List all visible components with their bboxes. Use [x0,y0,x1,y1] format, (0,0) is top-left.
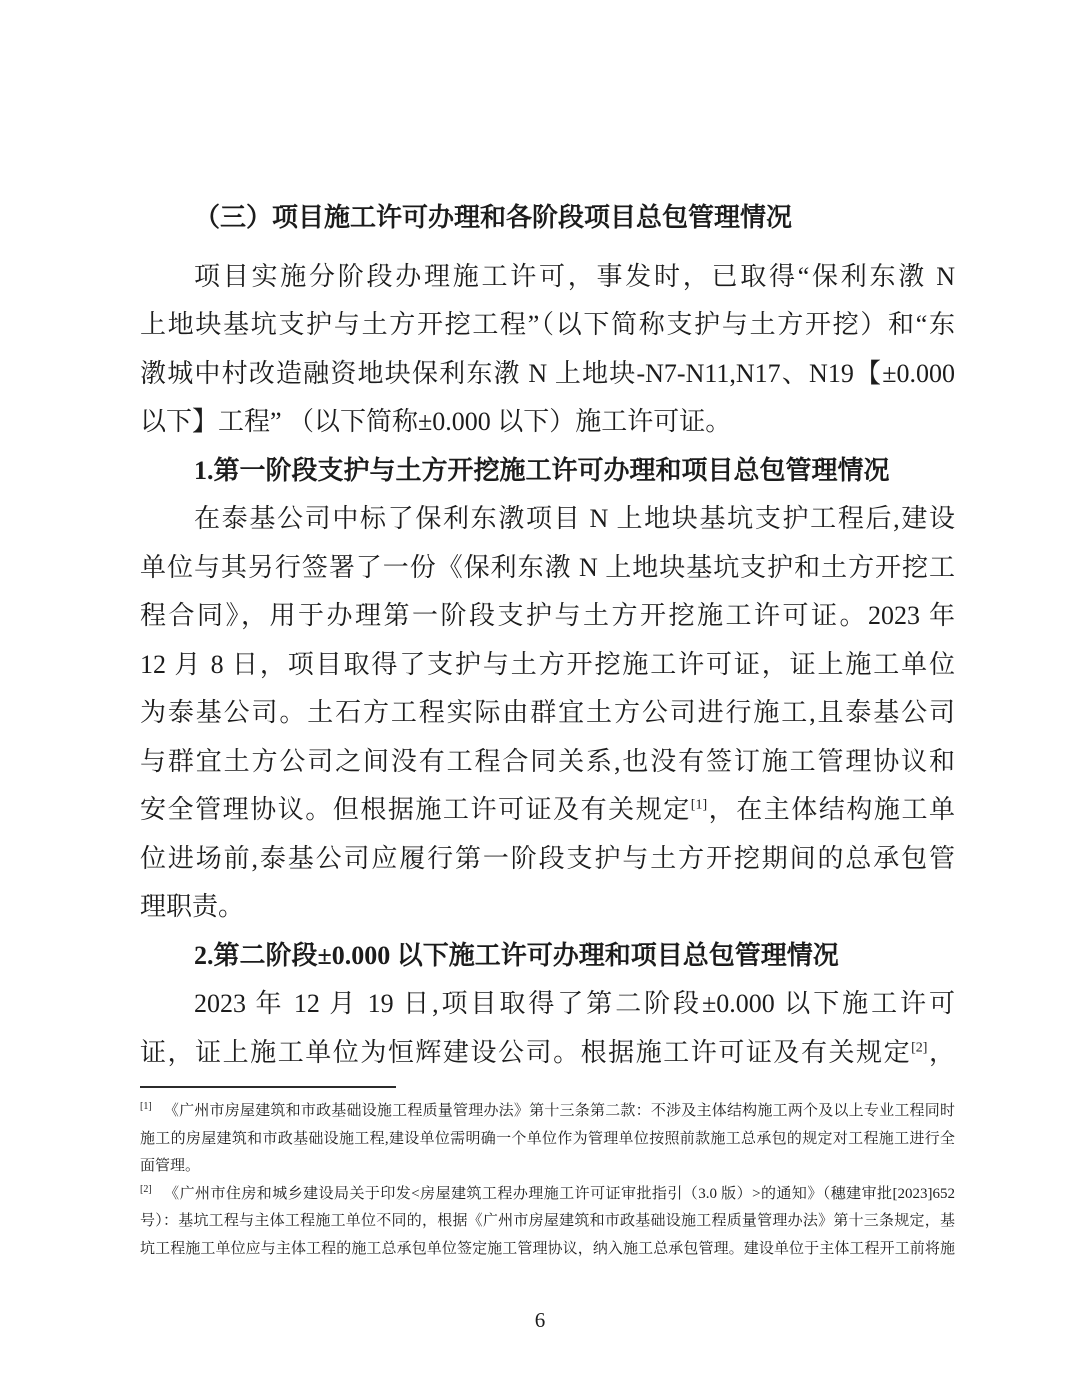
footnote-line: [1]《广州市房屋建筑和市政基础设施工程质量管理办法》第十三条第二款：不涉及主体… [140,1098,955,1126]
text-run: 《广州市房屋建筑和市政基础设施工程质量管理办法》第十三条第二款：不涉及主体结构施… [164,1103,955,1119]
paragraph-line: 与群宜土方公司之间没有工程合同关系,也没有签订施工管理协议和 [140,738,955,787]
paragraph-line: 上地块基坑支护与土方开挖工程”（以下简称支护与土方开挖）和“东 [140,301,955,350]
footnote-marker-2: [2] [140,1184,152,1195]
footnote-ref-2: [2] [911,1040,927,1055]
text-run: 《广州市住房和城乡建设局关于印发<房屋建筑工程办理施工许可证审批指引（3.0 版… [164,1186,955,1202]
paragraph-line: 项目实施分阶段办理施工许可，事发时，已取得“保利东漖 N [140,253,955,302]
footnote-line: 面管理。 [140,1153,955,1181]
paragraph-line: 在泰基公司中标了保利东漖项目 N 上地块基坑支护工程后,建设 [140,495,955,544]
document-content: （三）项目施工许可办理和各阶段项目总包管理情况 项目实施分阶段办理施工许可，事发… [140,194,955,1263]
paragraph-line: 安全管理协议。但根据施工许可证及有关规定[1]，在主体结构施工单 [140,786,955,835]
subsection-heading-1: 1.第一阶段支护与土方开挖施工许可办理和项目总包管理情况 [140,447,955,496]
paragraph-line: 以下】工程” （以下简称±0.000 以下）施工许可证。 [140,398,955,447]
text-run: ， [927,1038,955,1067]
footnote-marker-1: [1] [140,1101,152,1112]
footnote-line: 坑工程施工单位应与主体工程的施工总承包单位签定施工管理协议，纳入施工总承包管理。… [140,1236,955,1264]
paragraph-line: 程合同》，用于办理第一阶段支护与土方开挖施工许可证。2023 年 [140,592,955,641]
paragraph-line: 单位与其另行签署了一份《保利东漖 N 上地块基坑支护和土方开挖工 [140,544,955,593]
footnote-line: [2]《广州市住房和城乡建设局关于印发<房屋建筑工程办理施工许可证审批指引（3.… [140,1181,955,1209]
text-run: 安全管理协议。但根据施工许可证及有关规定 [140,795,691,824]
paragraph-line: 为泰基公司。土石方工程实际由群宜土方公司进行施工,且泰基公司 [140,689,955,738]
document-page: （三）项目施工许可办理和各阶段项目总包管理情况 项目实施分阶段办理施工许可，事发… [0,0,1080,1398]
paragraph-line: 证，证上施工单位为恒辉建设公司。根据施工许可证及有关规定[2]， [140,1029,955,1078]
footnote-line: 号）：基坑工程与主体工程施工单位不同的，根据《广州市房屋建筑和市政基础设施工程质… [140,1208,955,1236]
footnote-line: 施工的房屋建筑和市政基础设施工程,建设单位需明确一个单位作为管理单位按照前款施工… [140,1126,955,1154]
paragraph-line: 漖城中村改造融资地块保利东漖 N 上地块-N7-N11,N17、N19【±0.0… [140,350,955,399]
paragraph-line: 位进场前,泰基公司应履行第一阶段支护与土方开挖期间的总承包管 [140,835,955,884]
paragraph-line: 12 月 8 日，项目取得了支护与土方开挖施工许可证，证上施工单位 [140,641,955,690]
text-run: 证，证上施工单位为恒辉建设公司。根据施工许可证及有关规定 [140,1038,911,1067]
subsection-heading-2: 2.第二阶段±0.000 以下施工许可办理和项目总包管理情况 [140,932,955,981]
text-run: ，在主体结构施工单 [707,795,955,824]
paragraph-line: 理职责。 [140,883,955,932]
paragraph-line: 2023 年 12 月 19 日,项目取得了第二阶段±0.000 以下施工许可 [140,980,955,1029]
section-heading: （三）项目施工许可办理和各阶段项目总包管理情况 [140,194,955,243]
page-number: 6 [0,1308,1080,1333]
footnote-ref-1: [1] [691,797,707,812]
footnote-separator [140,1086,396,1088]
